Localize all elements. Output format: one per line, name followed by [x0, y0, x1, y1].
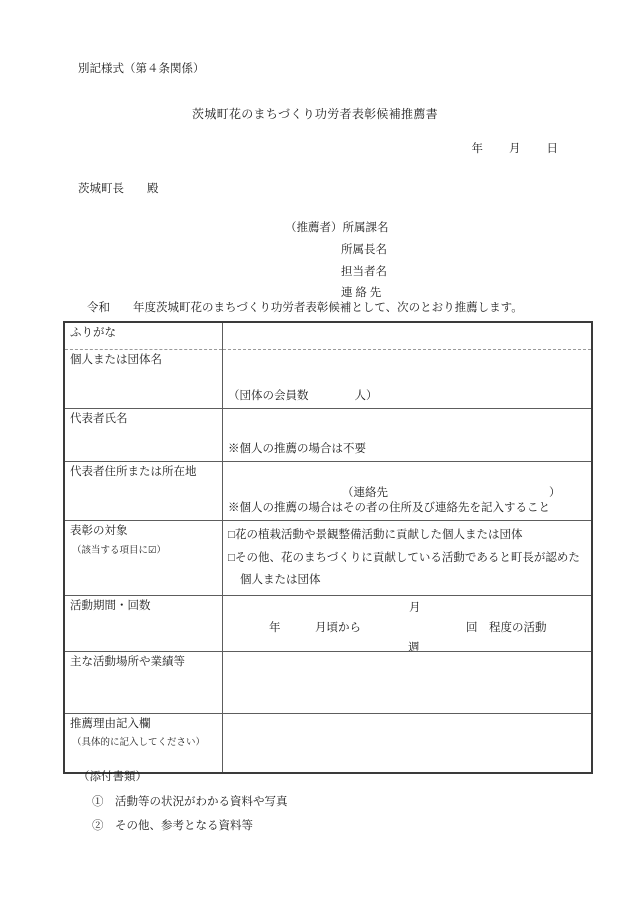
address-contact-note: ※個人の推薦の場合はその者の住所及び連絡先を記入すること [228, 501, 586, 517]
per-week-option: 週 [408, 641, 420, 652]
recommender-department-label: 所属課名 [343, 222, 389, 234]
activity-period-label: 活動期間・回数 [64, 595, 223, 651]
lead-sentence: 令和 年度茨城町花のまちづくり功労者表彰候補として、次のとおり推薦します。 [87, 301, 523, 317]
option-label: その他、花のまちづくりに貢献している活動であると町長が認めた個人または団体 [235, 552, 580, 587]
award-target-option-1: □花の植栽活動や景観整備活動に貢献した個人または団体 [228, 524, 586, 547]
name-label: 個人または団体名 [64, 350, 223, 409]
representative-address-label: 代表者住所または所在地 [64, 462, 223, 521]
option-label: 花の植栽活動や景観整備活動に貢献した個人または団体 [235, 529, 523, 541]
contact-blank-line: （連絡先 ） [228, 486, 586, 502]
award-target-option-2: □その他、花のまちづくりに貢献している活動であると町長が認めた個人または団体 [228, 547, 586, 592]
recommendation-reason-label-cell: 推薦理由記入欄 （具体的に記入してください） [64, 713, 223, 773]
award-target-options-cell: □花の植栽活動や景観整備活動に貢献した個人または団体 □その他、花のまちづくりに… [223, 521, 593, 596]
checkbox-icon: □ [228, 529, 235, 541]
recommendation-form-table: ふりがな 個人または団体名 （団体の会員数 人） 代表者氏名 ※個人の推薦の場合… [63, 321, 593, 774]
activity-places-label: 主な活動場所や業績等 [64, 651, 223, 713]
member-count-note: （団体の会員数 人） [228, 389, 586, 405]
check-instruction-sublabel: （該当する項目に☑） [70, 545, 217, 558]
table-row-activity-places: 主な活動場所や業績等 [64, 651, 592, 713]
activity-places-input-area [223, 651, 593, 713]
table-row-activity-period: 活動期間・回数 月 年 月頃から 回 程度の活動 週 [64, 595, 592, 651]
recommender-prefix: （推薦者） [285, 222, 343, 234]
award-target-label-cell: 表彰の対象 （該当する項目に☑） [64, 521, 223, 596]
write-specifically-sublabel: （具体的に記入してください） [70, 737, 217, 750]
recommender-line-department: （推薦者）所属課名 [285, 221, 389, 243]
recommender-person-label: 担当者名 [285, 265, 389, 287]
checkbox-icon: □ [228, 552, 235, 564]
page-title: 茨城町花のまちづくり功労者表彰候補推薦書 [0, 106, 630, 122]
table-row-representative-address: 代表者住所または所在地 （連絡先 ） ※個人の推薦の場合はその者の住所及び連絡先… [64, 462, 592, 521]
table-row-recommendation-reason: 推薦理由記入欄 （具体的に記入してください） [64, 713, 592, 773]
attachment-item-2: ② その他、参考となる資料等 [92, 819, 288, 835]
furigana-input-area [223, 322, 593, 350]
attachment-item-1: ① 活動等の状況がわかる資料や写真 [92, 795, 288, 811]
period-blank-line: 年 月頃から [269, 621, 361, 637]
recommender-block: （推薦者）所属課名 所属長名 担当者名 連 絡 先 [285, 221, 389, 308]
addressee-line: 茨城町長 殿 [78, 182, 159, 198]
document-page: 別記様式（第４条関係） 茨城町花のまちづくり功労者表彰候補推薦書 年 月 日 茨… [0, 0, 630, 903]
table-row-award-target: 表彰の対象 （該当する項目に☑） □花の植栽活動や景観整備活動に貢献した個人また… [64, 521, 592, 596]
name-input-area: （団体の会員数 人） [223, 350, 593, 409]
award-target-label: 表彰の対象 [70, 524, 217, 540]
representative-name-input-area: ※個人の推薦の場合は不要 [223, 409, 593, 462]
table-row-furigana: ふりがな [64, 322, 592, 350]
attachments-block: （添付書類） ① 活動等の状況がわかる資料や写真 ② その他、参考となる資料等 [78, 770, 288, 835]
date-blank-line: 年 月 日 [472, 142, 560, 158]
frequency-blank-line: 回 程度の活動 [466, 621, 547, 637]
per-month-option: 月 [409, 601, 421, 617]
individual-not-required-note: ※個人の推薦の場合は不要 [228, 442, 586, 458]
table-row-representative-name: 代表者氏名 ※個人の推薦の場合は不要 [64, 409, 592, 462]
attachments-heading: （添付書類） [78, 770, 288, 786]
table-row-name: 個人または団体名 （団体の会員数 人） [64, 350, 592, 409]
recommendation-reason-label: 推薦理由記入欄 [70, 717, 217, 733]
representative-address-input-area: （連絡先 ） ※個人の推薦の場合はその者の住所及び連絡先を記入すること [223, 462, 593, 521]
recommender-chief-label: 所属長名 [285, 243, 389, 265]
furigana-label: ふりがな [64, 322, 223, 350]
recommendation-reason-input-area [223, 713, 593, 773]
form-style-note: 別記様式（第４条関係） [78, 62, 205, 78]
representative-name-label: 代表者氏名 [64, 409, 223, 462]
activity-period-input-area: 月 年 月頃から 回 程度の活動 週 [223, 595, 593, 651]
